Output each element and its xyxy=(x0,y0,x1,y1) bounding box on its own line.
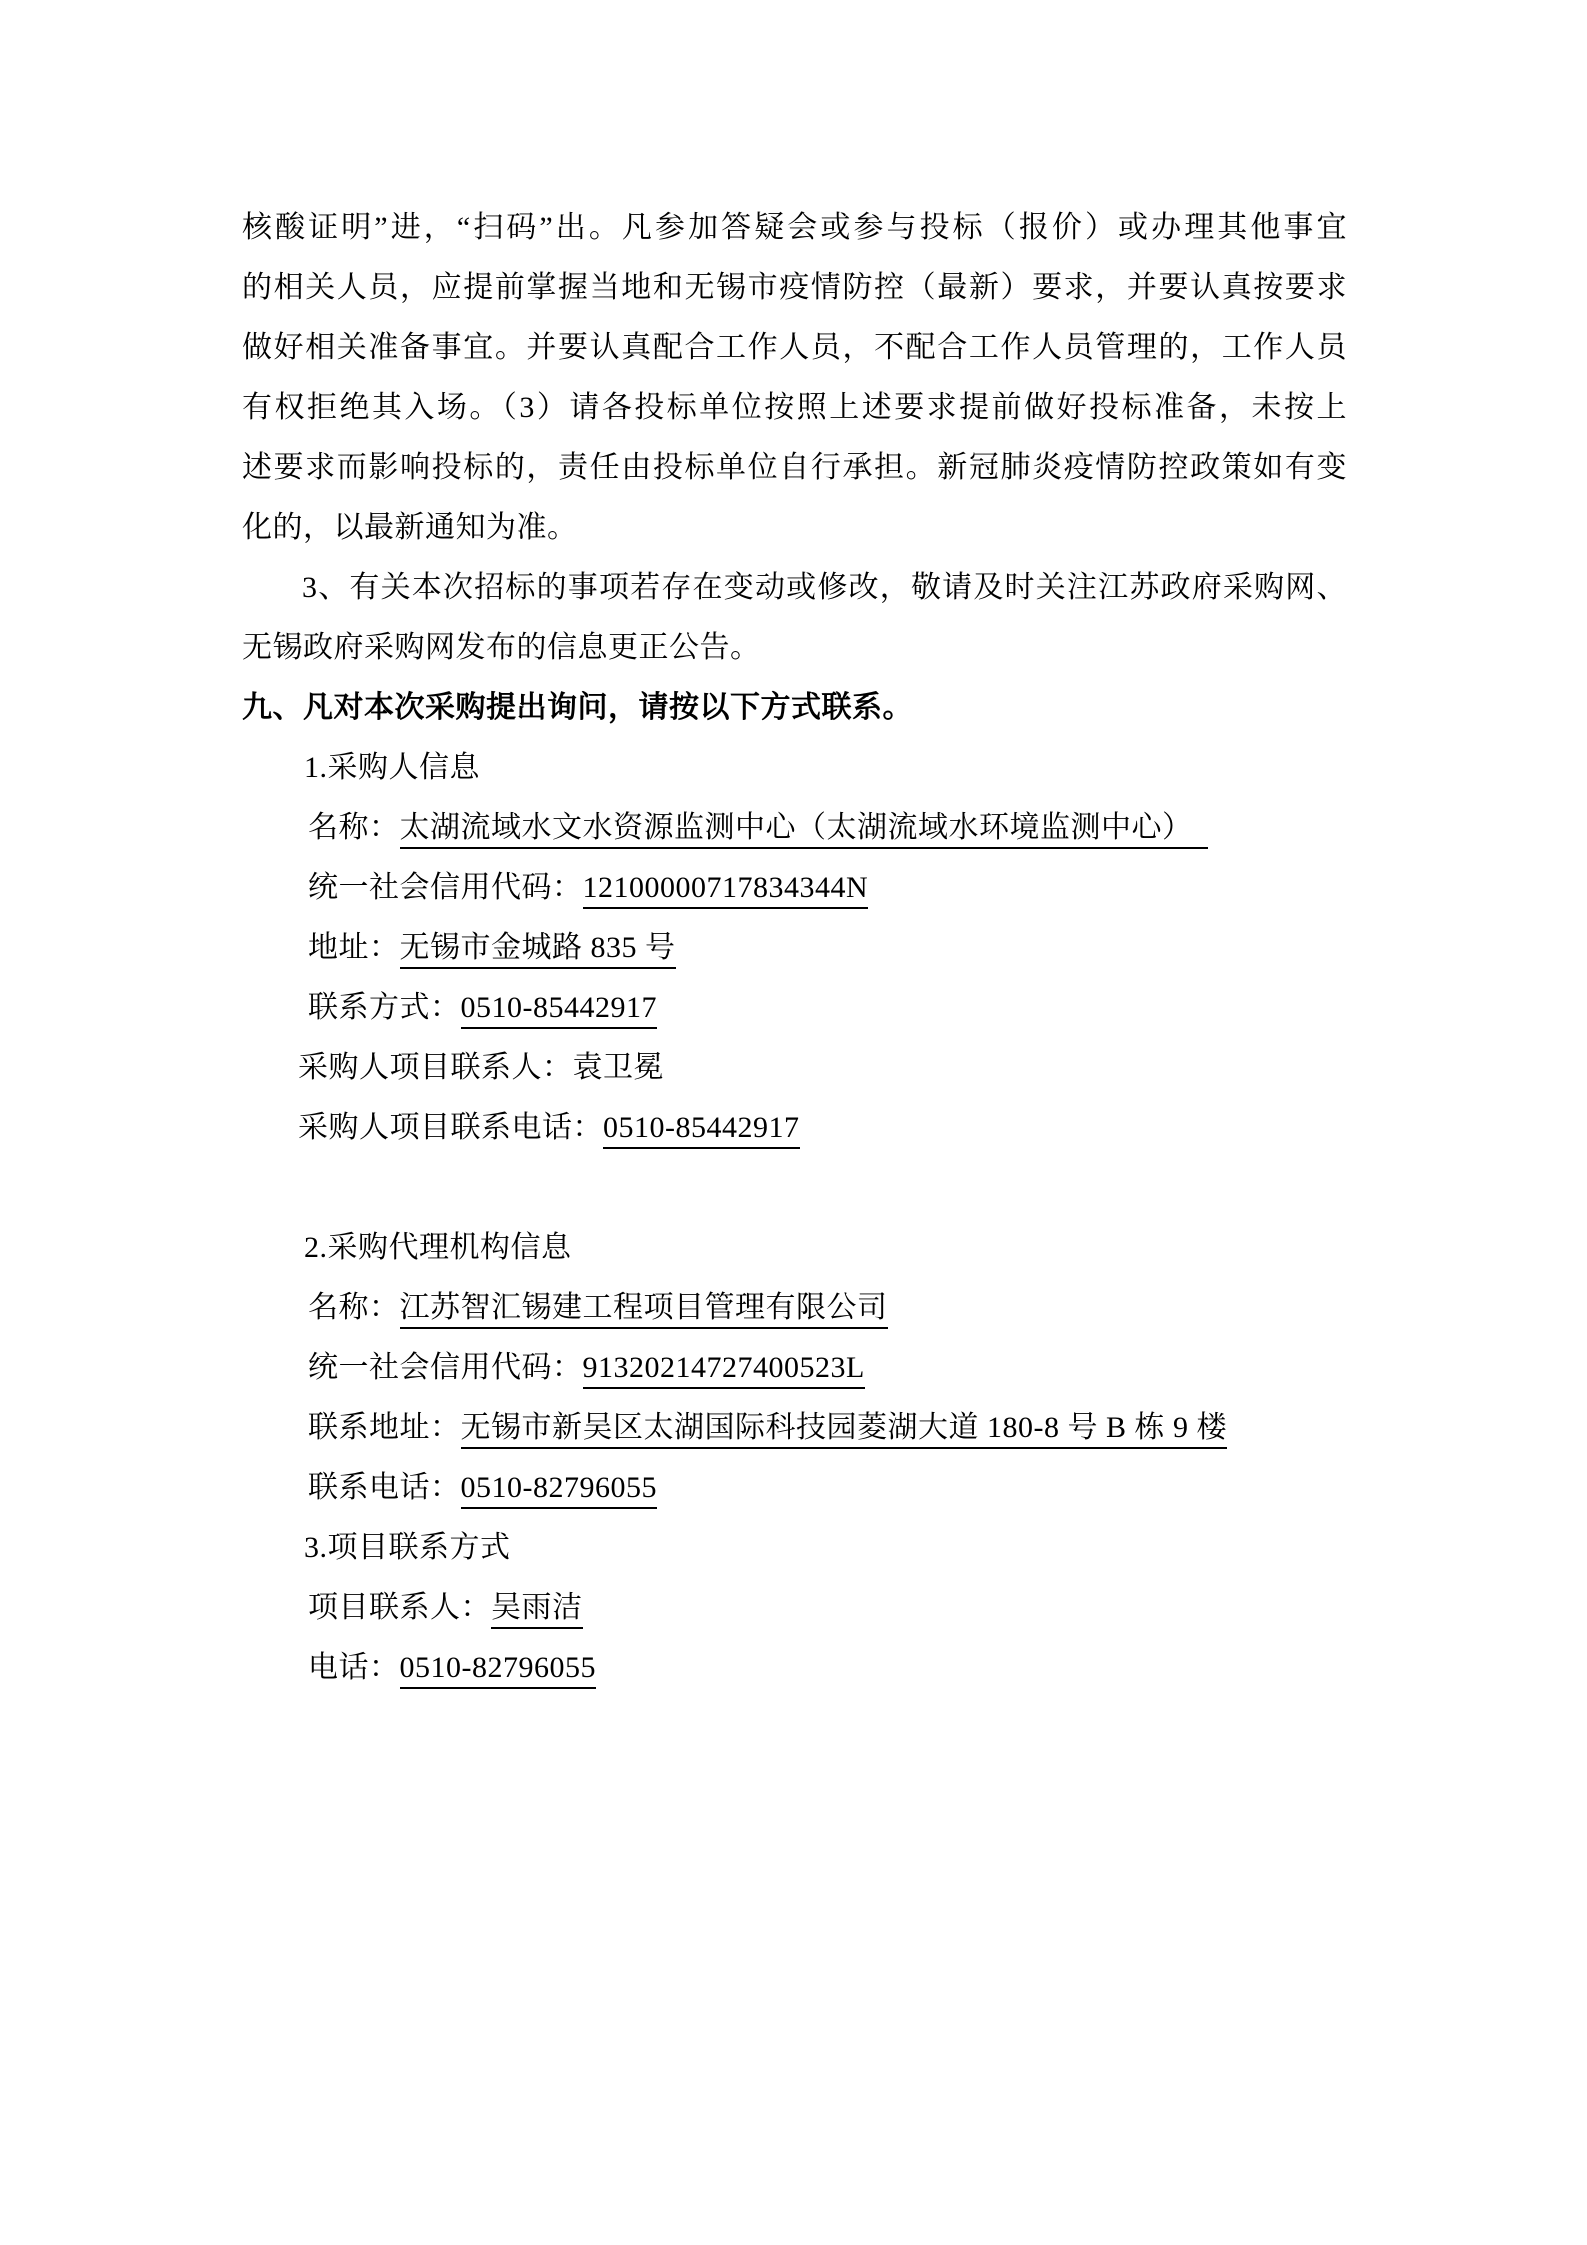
purchaser-credit-code-value: 12100000717834344N xyxy=(583,871,869,909)
agency-phone-label: 联系电话： xyxy=(308,1471,461,1504)
purchaser-credit-code-label: 统一社会信用代码： xyxy=(308,871,583,904)
section9-heading: 九、凡对本次采购提出询问，请按以下方式联系。 xyxy=(242,678,1347,738)
document-page: 核酸证明”进，“扫码”出。凡参加答疑会或参与投标（报价）或办理其他事宜 的相关人… xyxy=(0,0,1587,2245)
project-contact-value: 吴雨洁 xyxy=(491,1591,583,1629)
covid-paragraph-line: 做好相关准备事宜。并要认真配合工作人员，不配合工作人员管理的，工作人员 xyxy=(242,318,1347,378)
covid-paragraph-line: 核酸证明”进，“扫码”出。凡参加答疑会或参与投标（报价）或办理其他事宜 xyxy=(242,198,1347,258)
project-heading: 3.项目联系方式 xyxy=(242,1518,1347,1578)
agency-credit-code-label: 统一社会信用代码： xyxy=(308,1351,583,1384)
project-contact-label: 项目联系人： xyxy=(308,1591,491,1624)
agency-name-line: 名称：江苏智汇锡建工程项目管理有限公司 xyxy=(242,1278,1347,1338)
purchaser-project-phone-label: 采购人项目联系电话： xyxy=(298,1111,603,1144)
document-content: 核酸证明”进，“扫码”出。凡参加答疑会或参与投标（报价）或办理其他事宜 的相关人… xyxy=(242,198,1347,1698)
project-phone-line: 电话：0510-82796055 xyxy=(242,1638,1347,1698)
project-contact-line: 项目联系人：吴雨洁 xyxy=(242,1578,1347,1638)
purchaser-address-label: 地址： xyxy=(308,931,400,964)
purchaser-phone-label: 联系方式： xyxy=(308,991,461,1024)
agency-credit-code-line: 统一社会信用代码：91320214727400523L xyxy=(242,1338,1347,1398)
covid-paragraph-line: 的相关人员，应提前掌握当地和无锡市疫情防控（最新）要求，并要认真按要求 xyxy=(242,258,1347,318)
purchaser-project-contact-line: 采购人项目联系人：袁卫冕 xyxy=(242,1038,1347,1098)
purchaser-phone-value: 0510-85442917 xyxy=(461,991,658,1029)
agency-name-label: 名称： xyxy=(308,1291,400,1324)
project-phone-value: 0510-82796055 xyxy=(400,1651,597,1689)
agency-name-value: 江苏智汇锡建工程项目管理有限公司 xyxy=(400,1291,888,1329)
purchaser-heading: 1.采购人信息 xyxy=(242,738,1347,798)
purchaser-project-contact-value: 袁卫冕 xyxy=(573,1051,665,1084)
purchaser-name-value: 太湖流域水文水资源监测中心（太湖流域水环境监测中心） xyxy=(400,811,1209,849)
blank-line xyxy=(242,1158,1347,1218)
purchaser-name-label: 名称： xyxy=(308,811,400,844)
purchaser-name-line: 名称：太湖流域水文水资源监测中心（太湖流域水环境监测中心） xyxy=(242,798,1347,858)
purchaser-project-phone-value: 0510-85442917 xyxy=(603,1111,800,1149)
covid-paragraph-last-line: 化的，以最新通知为准。 xyxy=(242,498,1347,558)
notice-paragraph-last-line: 无锡政府采购网发布的信息更正公告。 xyxy=(242,618,1347,678)
project-phone-label: 电话： xyxy=(308,1651,400,1684)
agency-credit-code-value: 91320214727400523L xyxy=(583,1351,865,1389)
purchaser-phone-line: 联系方式：0510-85442917 xyxy=(242,978,1347,1038)
agency-phone-line: 联系电话：0510-82796055 xyxy=(242,1458,1347,1518)
covid-paragraph-line: 述要求而影响投标的，责任由投标单位自行承担。新冠肺炎疫情防控政策如有变 xyxy=(242,438,1347,498)
purchaser-project-contact-label: 采购人项目联系人： xyxy=(298,1051,573,1084)
agency-address-label: 联系地址： xyxy=(308,1411,461,1444)
covid-paragraph-line: 有权拒绝其入场。（3）请各投标单位按照上述要求提前做好投标准备，未按上 xyxy=(242,378,1347,438)
purchaser-credit-code-line: 统一社会信用代码：12100000717834344N xyxy=(242,858,1347,918)
agency-heading: 2.采购代理机构信息 xyxy=(242,1218,1347,1278)
purchaser-project-phone-line: 采购人项目联系电话：0510-85442917 xyxy=(242,1098,1347,1158)
purchaser-address-line: 地址：无锡市金城路 835 号 xyxy=(242,918,1347,978)
agency-address-line: 联系地址：无锡市新吴区太湖国际科技园菱湖大道 180-8 号 B 栋 9 楼 xyxy=(242,1398,1347,1458)
notice-paragraph-line: 3、有关本次招标的事项若存在变动或修改，敬请及时关注江苏政府采购网、 xyxy=(242,558,1347,618)
agency-phone-value: 0510-82796055 xyxy=(461,1471,658,1509)
purchaser-address-value: 无锡市金城路 835 号 xyxy=(400,931,676,969)
agency-address-value: 无锡市新吴区太湖国际科技园菱湖大道 180-8 号 B 栋 9 楼 xyxy=(461,1411,1228,1449)
